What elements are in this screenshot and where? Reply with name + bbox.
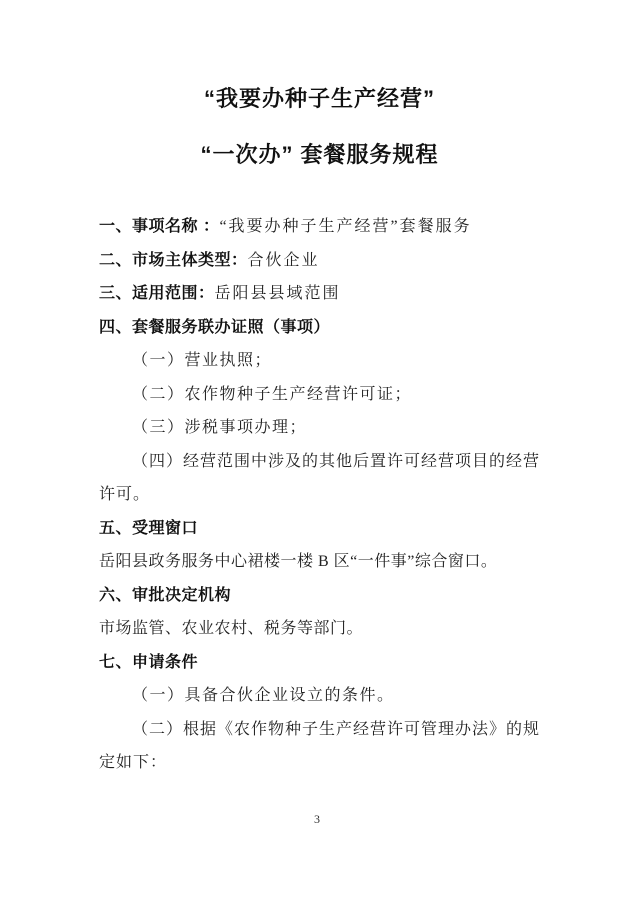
section-4-heading: 四、套餐服务联办证照（事项） [99,311,540,345]
section-7-subitem-2: （二）根据《农作物种子生产经营许可管理办法》的规定如下： [99,713,540,780]
document-body: 一、事项名称 ：“我要办种子生产经营”套餐服务 二、市场主体类型：合伙企业 三、… [99,210,540,780]
document-title-line2: “一次办” 套餐服务规程 [99,142,540,168]
section-1-label: 一、事项名称 ： [99,218,219,235]
section-1-value: “我要办种子生产经营”套餐服务 [219,218,471,235]
section-3-label: 三、适用范围： [99,285,215,302]
section-5-body: 岳阳县政务服务中心裙楼一楼 B 区“一件事”综合窗口。 [99,545,540,579]
section-7-subitem-1: （一）具备合伙企业设立的条件。 [99,679,540,713]
document-title-line1: “我要办种子生产经营” [99,86,540,112]
section-1-item-name: 一、事项名称 ：“我要办种子生产经营”套餐服务 [99,210,540,244]
section-3-value: 岳阳县县域范围 [215,285,341,302]
page-number: 3 [0,812,634,826]
section-4-subitem-1: （一）营业执照； [99,344,540,378]
section-4-subitem-3: （三）涉税事项办理； [99,411,540,445]
section-6-heading: 六、审批决定机构 [99,579,540,613]
section-2-entity-type: 二、市场主体类型：合伙企业 [99,244,540,278]
section-4-subitem-4: （四）经营范围中涉及的其他后置许可经营项目的经营许可。 [99,445,540,512]
document-page: “我要办种子生产经营” “一次办” 套餐服务规程 一、事项名称 ：“我要办种子生… [0,0,634,898]
section-7-heading: 七、申请条件 [99,646,540,680]
section-4-subitem-2: （二）农作物种子生产经营许可证； [99,378,540,412]
section-3-scope: 三、适用范围：岳阳县县域范围 [99,277,540,311]
section-2-label: 二、市场主体类型： [99,252,248,269]
section-6-body: 市场监管、农业农村、税务等部门。 [99,612,540,646]
section-2-value: 合伙企业 [248,252,320,269]
section-5-heading: 五、受理窗口 [99,512,540,546]
